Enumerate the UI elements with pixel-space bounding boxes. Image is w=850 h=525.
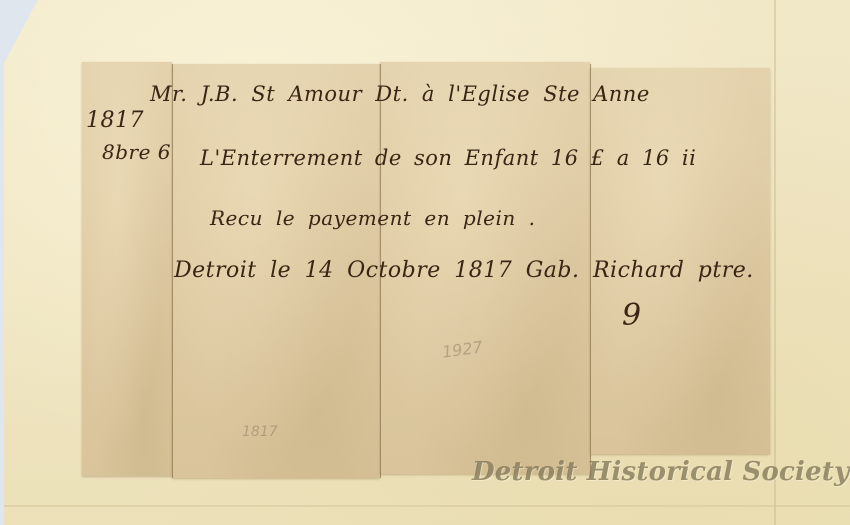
receipt-line-signature: Detroit le 14 Octobre 1817 Gab. Richard …: [174, 258, 754, 283]
margin-date: 8bre 6: [102, 140, 171, 164]
receipt-line-header: Mr. J.B. St Amour Dt. à l'Eglise Ste Ann…: [150, 82, 650, 106]
watermark-text: Detroit Historical Society: [472, 457, 849, 487]
receipt-line-burial: L'Enterrement de son Enfant 16 £ a 16 ii: [200, 146, 696, 170]
backing-fold-horizontal: [4, 505, 850, 507]
margin-year: 1817: [86, 108, 144, 133]
backing-fold-vertical: [774, 0, 776, 525]
receipt-line-payment: Recu le payement en plein .: [210, 206, 535, 230]
receipt-line-flourish: 9: [622, 298, 642, 333]
pencil-note: 1817: [242, 424, 278, 440]
receipt-document: 1817 8bre 6 Mr. J.B. St Amour Dt. à l'Eg…: [82, 58, 770, 478]
fold-crease: [172, 64, 173, 478]
